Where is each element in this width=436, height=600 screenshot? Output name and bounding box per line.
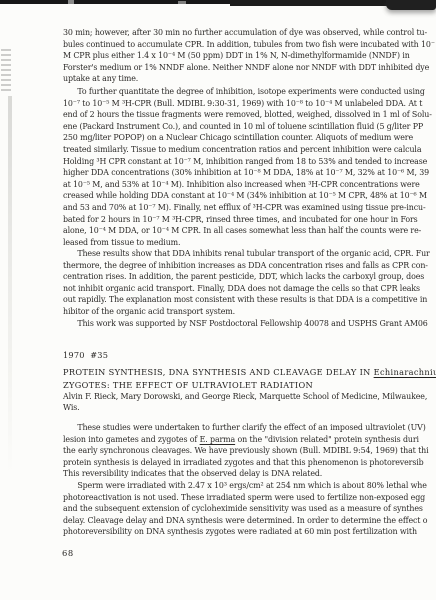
abstract-35-authors-affiliation: Alvin F. Rieck, Mary Dorowski, and Georg… [63,392,436,413]
text-line: 30 min; however, after 30 min no further… [63,27,436,39]
text-line: This work was supported by NSF Postdocto… [63,318,436,330]
scan-edge-gap [68,0,74,4]
text-line: photoreactivation is not used. These irr… [63,492,436,504]
text-line: hibitor of the organic acid transport sy… [63,306,436,318]
text-line: not inhibit organic acid transport. Fina… [63,283,436,295]
text-line: at 10⁻⁵ M, and 53% at 10⁻⁴ M). Inhibitio… [63,179,436,191]
abstract-35-meta-year-number: 1970 #35 [63,350,436,360]
text-line: alone, 10⁻⁴ M DDA, or 10⁻⁴ M CPR. In all… [63,225,436,237]
text-line: bules continued to accumulate CPR. In ad… [63,39,436,51]
text-line: out rapidly. The explanation most consis… [63,294,436,306]
text-line: These results show that DDA inhibits ren… [63,248,436,260]
text-line: and 53 and 70% at 10⁻⁷ M). Finally, net … [63,202,436,214]
text-segment: lesion into gametes and zygotes of [63,435,200,444]
text-line: thermore, the degree of inhibition incre… [63,260,436,272]
authors-line-2: Wis. [63,403,436,414]
abstract-34-paragraph-3: These results show that DDA inhibits ren… [63,248,436,329]
text-line: the early synchronous cleavages. We have… [63,445,436,457]
authors-line-1: Alvin F. Rieck, Mary Dorowski, and Georg… [63,392,436,403]
text-line: These studies were undertaken to further… [63,422,436,434]
text-line: M CPR plus either 1.4 x 10⁻⁴ M (50 ppm) … [63,50,436,62]
species-name-underlined: E. parma [200,435,236,444]
text-line: creased while holding DDA constant at 10… [63,190,436,202]
abstract-35-paragraph-1: These studies were undertaken to further… [63,422,436,538]
text-line: end of 2 hours the tissue fragments were… [63,109,436,121]
text-segment: on the "division related" protein synthe… [235,435,419,444]
text-line: centration rises. In addition, the paren… [63,271,436,283]
paragraph-continuation: the early synchronous cleavages. We have… [63,445,436,538]
page-number: 68 [62,548,74,558]
text-line: lesion into gametes and zygotes of E. pa… [63,434,436,446]
title-line-2: ZYGOTES: THE EFFECT OF ULTRAVIOLET RADIA… [63,379,436,392]
scan-edge-top-right-blob [386,0,436,10]
text-line: 10⁻⁷ to 10⁻⁵ M ³H-CPR (Bull. MDIBL 9:30-… [63,98,436,110]
text-line: higher DDA concentrations (30% inhibitio… [63,167,436,179]
abstract-34-paragraph-2: To further quantitate the degree of inhi… [63,86,436,248]
text-line: bated for 2 hours in 10⁻⁷ M ³H-CPR, rins… [63,214,436,226]
text-line: delay. Cleavage delay and DNA synthesis … [63,515,436,527]
text-line: 250 mg/liter POPOP) on a Nuclear Chicago… [63,132,436,144]
text-line: ene (Packard Instrument Co.), and counte… [63,121,436,133]
species-name-underlined: Echinarachnius parma [374,367,436,377]
text-line: uptake at any time. [63,73,436,85]
text-line: protein synthesis is delayed in irradiat… [63,457,436,469]
text-line: and the subsequent extension of cyclohex… [63,503,436,515]
title-line-1: PROTEIN SYNTHESIS, DNA SYNTHESIS AND CLE… [63,366,436,379]
text-line: Sperm were irradiated with 2.47 x 10³ er… [63,480,436,492]
scanned-document-page: 30 min; however, after 30 min no further… [0,0,436,600]
text-line: leased from tissue to medium. [63,237,436,249]
text-line: treated similarly. Tissue to medium conc… [63,144,436,156]
text-line: photoreversibility on DNA synthesis zygo… [63,526,436,538]
abstract-35-title: PROTEIN SYNTHESIS, DNA SYNTHESIS AND CLE… [63,366,436,391]
title-text: PROTEIN SYNTHESIS, DNA SYNTHESIS AND CLE… [63,367,374,377]
scan-edge-gap [178,1,186,4]
scan-left-streak [8,96,12,476]
text-line: Forster's medium or 1% NNDF alone. Neith… [63,62,436,74]
text-line: This reversibility indicates that the ob… [63,468,436,480]
text-line: Holding ³H CPR constant at 10⁻⁷ M, inhib… [63,156,436,168]
abstract-34-paragraph-1: 30 min; however, after 30 min no further… [63,27,436,85]
text-line: To further quantitate the degree of inhi… [63,86,436,98]
scan-left-dashes [1,46,11,100]
